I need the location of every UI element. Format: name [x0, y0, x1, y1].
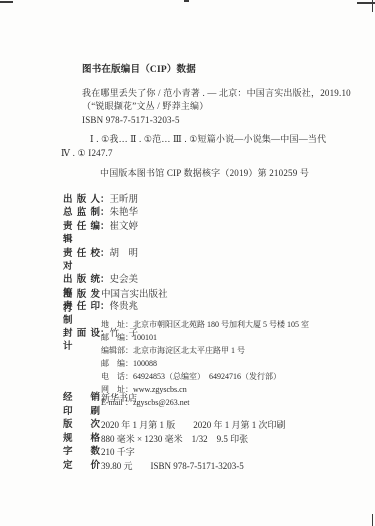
detail-label: 邮编 — [101, 357, 125, 370]
meta-label: 经销 — [63, 392, 100, 406]
staff-label: 责任校对 — [63, 248, 100, 275]
staff-colon: ： — [100, 195, 110, 205]
detail-row-postcode-2: 邮编：100088 — [101, 357, 363, 370]
meta-value: 新华书店 — [101, 393, 137, 403]
meta-label: 字数 — [63, 446, 100, 460]
staff-value: 朱艳华 — [110, 208, 139, 218]
detail-row-editorial-office: 编辑部：北京市海淀区北太平庄路甲 1 号 — [101, 344, 363, 357]
meta-label: 印刷 — [63, 406, 100, 420]
crop-mark-top-right-vertical — [372, 0, 374, 12]
detail-row-address: 地址：北京市朝阳区北苑路 180 号加利大厦 5 号楼 105 室 — [101, 318, 363, 331]
meta-row-price: 定价39.80 元 ISBN 978-7-5171-3203-5 — [63, 460, 363, 474]
staff-label: 出版人 — [63, 194, 100, 207]
staff-value: 崔文婷 — [110, 222, 139, 232]
staff-colon: ： — [100, 249, 110, 259]
meta-value: 2020 年 1 月第 1 版 2020 年 1 月第 1 次印刷 — [101, 420, 286, 430]
cip-classification-line-2: Ⅳ . ① I247.7 — [61, 147, 363, 161]
cip-section: 图书在版编目（CIP）数据 我在哪里丢失了你 / 范小青著 . — 北京：中国言… — [61, 64, 363, 181]
staff-label: 责任编辑 — [63, 221, 100, 248]
meta-label: 版次 — [63, 419, 100, 433]
meta-section: 经销新华书店 印刷 版次2020 年 1 月第 1 版 2020 年 1 月第 … — [63, 392, 363, 474]
publisher-row: 出版发行中国言实出版社 — [63, 289, 363, 316]
detail-value: 100088 — [133, 359, 157, 368]
cip-isbn-line: ISBN 978-7-5171-3203-5 — [82, 114, 363, 128]
crop-mark-top-left — [0, 1, 13, 3]
staff-value: 史会美 — [110, 275, 139, 285]
staff-row-proofreader: 责任校对：胡 明 — [63, 248, 138, 275]
staff-row-responsible-editor: 责任编辑：崔文婷 — [63, 221, 138, 248]
cip-header: 图书在版编目（CIP）数据 — [82, 64, 363, 78]
crop-mark-top-center — [184, 0, 189, 2]
detail-label: 编辑部 — [101, 344, 125, 357]
detail-row-phone: 电话：64924853（总编室） 64924716（发行部） — [101, 370, 363, 383]
meta-row-edition: 版次2020 年 1 月第 1 版 2020 年 1 月第 1 次印刷 — [63, 419, 363, 433]
staff-row-publisher-person: 出版人：王昕朋 — [63, 194, 138, 207]
detail-label: 地址 — [101, 318, 125, 331]
meta-value: 880 毫米 × 1230 毫米 1/32 9.5 印张 — [101, 434, 248, 444]
crop-mark-bottom-right-vertical — [372, 514, 374, 526]
meta-row-format: 规格880 毫米 × 1230 毫米 1/32 9.5 印张 — [63, 433, 363, 447]
meta-row-printing: 印刷 — [63, 406, 363, 420]
detail-label: 电话 — [101, 370, 125, 383]
copyright-page: 图书在版编目（CIP）数据 我在哪里丢失了你 / 范小青著 . — 北京：中国言… — [0, 0, 375, 526]
detail-value: 64924853（总编室） 64924716（发行部） — [133, 372, 281, 381]
cip-series-line: （“锐眼撷花”文丛 / 野莽主编） — [82, 100, 363, 114]
cip-classification-line-1: Ⅰ . ①我… Ⅱ . ①范… Ⅲ . ①短篇小说—小说集—中国—当代 — [90, 133, 363, 147]
detail-value: 100101 — [133, 333, 157, 342]
meta-row-word-count: 字数210 千字 — [63, 446, 363, 460]
meta-value: 39.80 元 ISBN 978-7-5171-3203-5 — [101, 461, 244, 471]
staff-colon: ： — [100, 275, 110, 285]
staff-value: 王昕朋 — [110, 195, 139, 205]
publisher-label: 出版发行 — [63, 289, 100, 316]
publisher-section: 出版发行中国言实出版社 地址：北京市朝阳区北苑路 180 号加利大厦 5 号楼 … — [63, 289, 363, 409]
cip-title-line: 我在哪里丢失了你 / 范小青著 . — 北京：中国言实出版社，2019.10 — [82, 87, 363, 101]
cip-record-number-line: 中国版本图书馆 CIP 数据核字（2019）第 210259 号 — [100, 167, 363, 181]
detail-label: 邮编 — [101, 331, 125, 344]
staff-colon: ： — [100, 222, 110, 232]
meta-value: 210 千字 — [101, 447, 135, 457]
detail-value: 北京市朝阳区北苑路 180 号加利大厦 5 号楼 105 室 — [133, 320, 309, 329]
meta-row-distribution: 经销新华书店 — [63, 392, 363, 406]
publisher-name: 中国言实出版社 — [101, 290, 168, 300]
staff-value: 胡 明 — [110, 249, 139, 259]
detail-value: 北京市海淀区北太平庄路甲 1 号 — [133, 346, 245, 355]
staff-row-chief-supervisor: 总监制：朱艳华 — [63, 207, 138, 220]
meta-label: 定价 — [63, 460, 100, 474]
staff-colon: ： — [100, 208, 110, 218]
meta-label: 规格 — [63, 433, 100, 447]
detail-row-postcode-1: 邮编：100101 — [101, 331, 363, 344]
staff-label: 总监制 — [63, 207, 100, 220]
